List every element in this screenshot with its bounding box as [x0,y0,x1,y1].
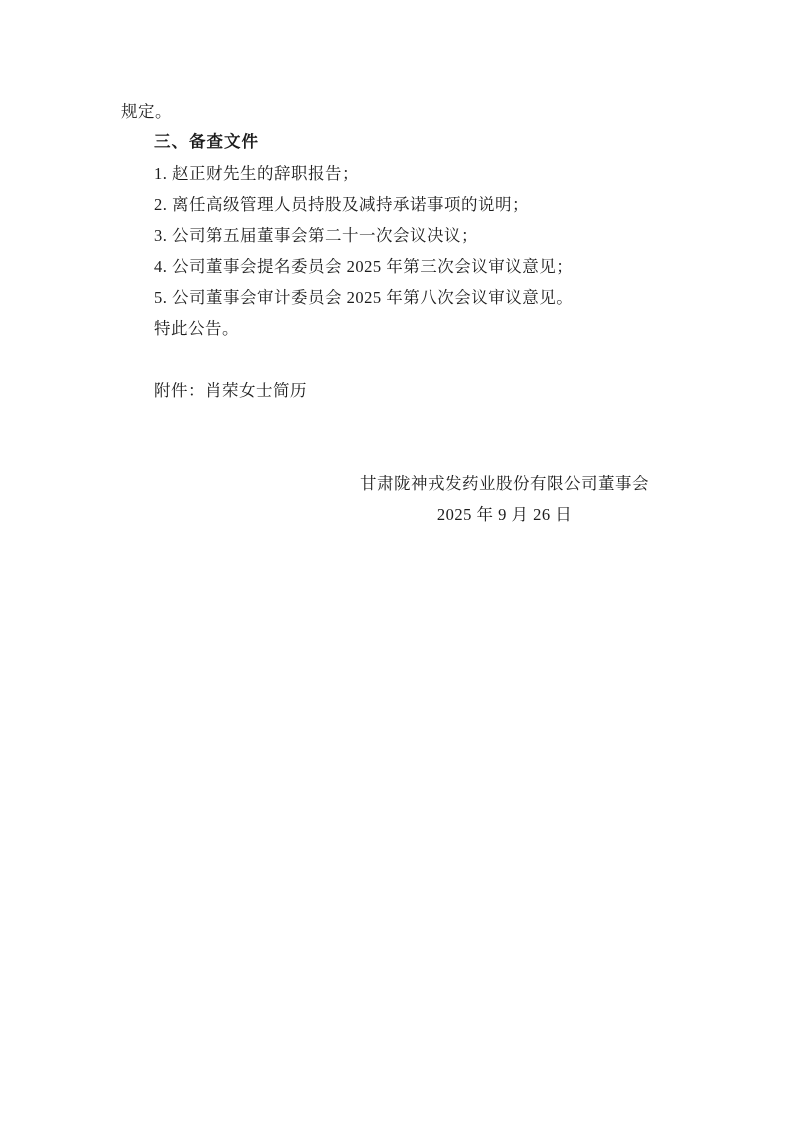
list-item: 4. 公司董事会提名委员会 2025 年第三次会议审议意见； [121,251,673,282]
section-heading: 三、备查文件 [121,127,673,158]
blank-line [121,344,673,375]
list-item: 2. 离任高级管理人员持股及减持承诺事项的说明； [121,189,673,220]
blank-line [121,406,673,437]
document-content: 规定。 三、备查文件 1. 赵正财先生的辞职报告； 2. 离任高级管理人员持股及… [0,0,793,530]
list-item: 1. 赵正财先生的辞职报告； [121,158,673,189]
blank-line [121,437,673,468]
list-item: 5. 公司董事会审计委员会 2025 年第八次会议审议意见。 [121,282,673,313]
attachment-line: 附件：肖荣女士简历 [121,375,673,406]
signature-block: 甘肃陇神戎发药业股份有限公司董事会 2025 年 9 月 26 日 [121,468,673,530]
paragraph-continuation: 规定。 [121,96,673,127]
signature-inner: 甘肃陇神戎发药业股份有限公司董事会 2025 年 9 月 26 日 [360,468,649,530]
signature-date: 2025 年 9 月 26 日 [360,499,649,530]
document-page: 规定。 三、备查文件 1. 赵正财先生的辞职报告； 2. 离任高级管理人员持股及… [0,0,793,1122]
closing-statement: 特此公告。 [121,313,673,344]
signature-company: 甘肃陇神戎发药业股份有限公司董事会 [360,468,649,499]
list-item: 3. 公司第五届董事会第二十一次会议决议； [121,220,673,251]
